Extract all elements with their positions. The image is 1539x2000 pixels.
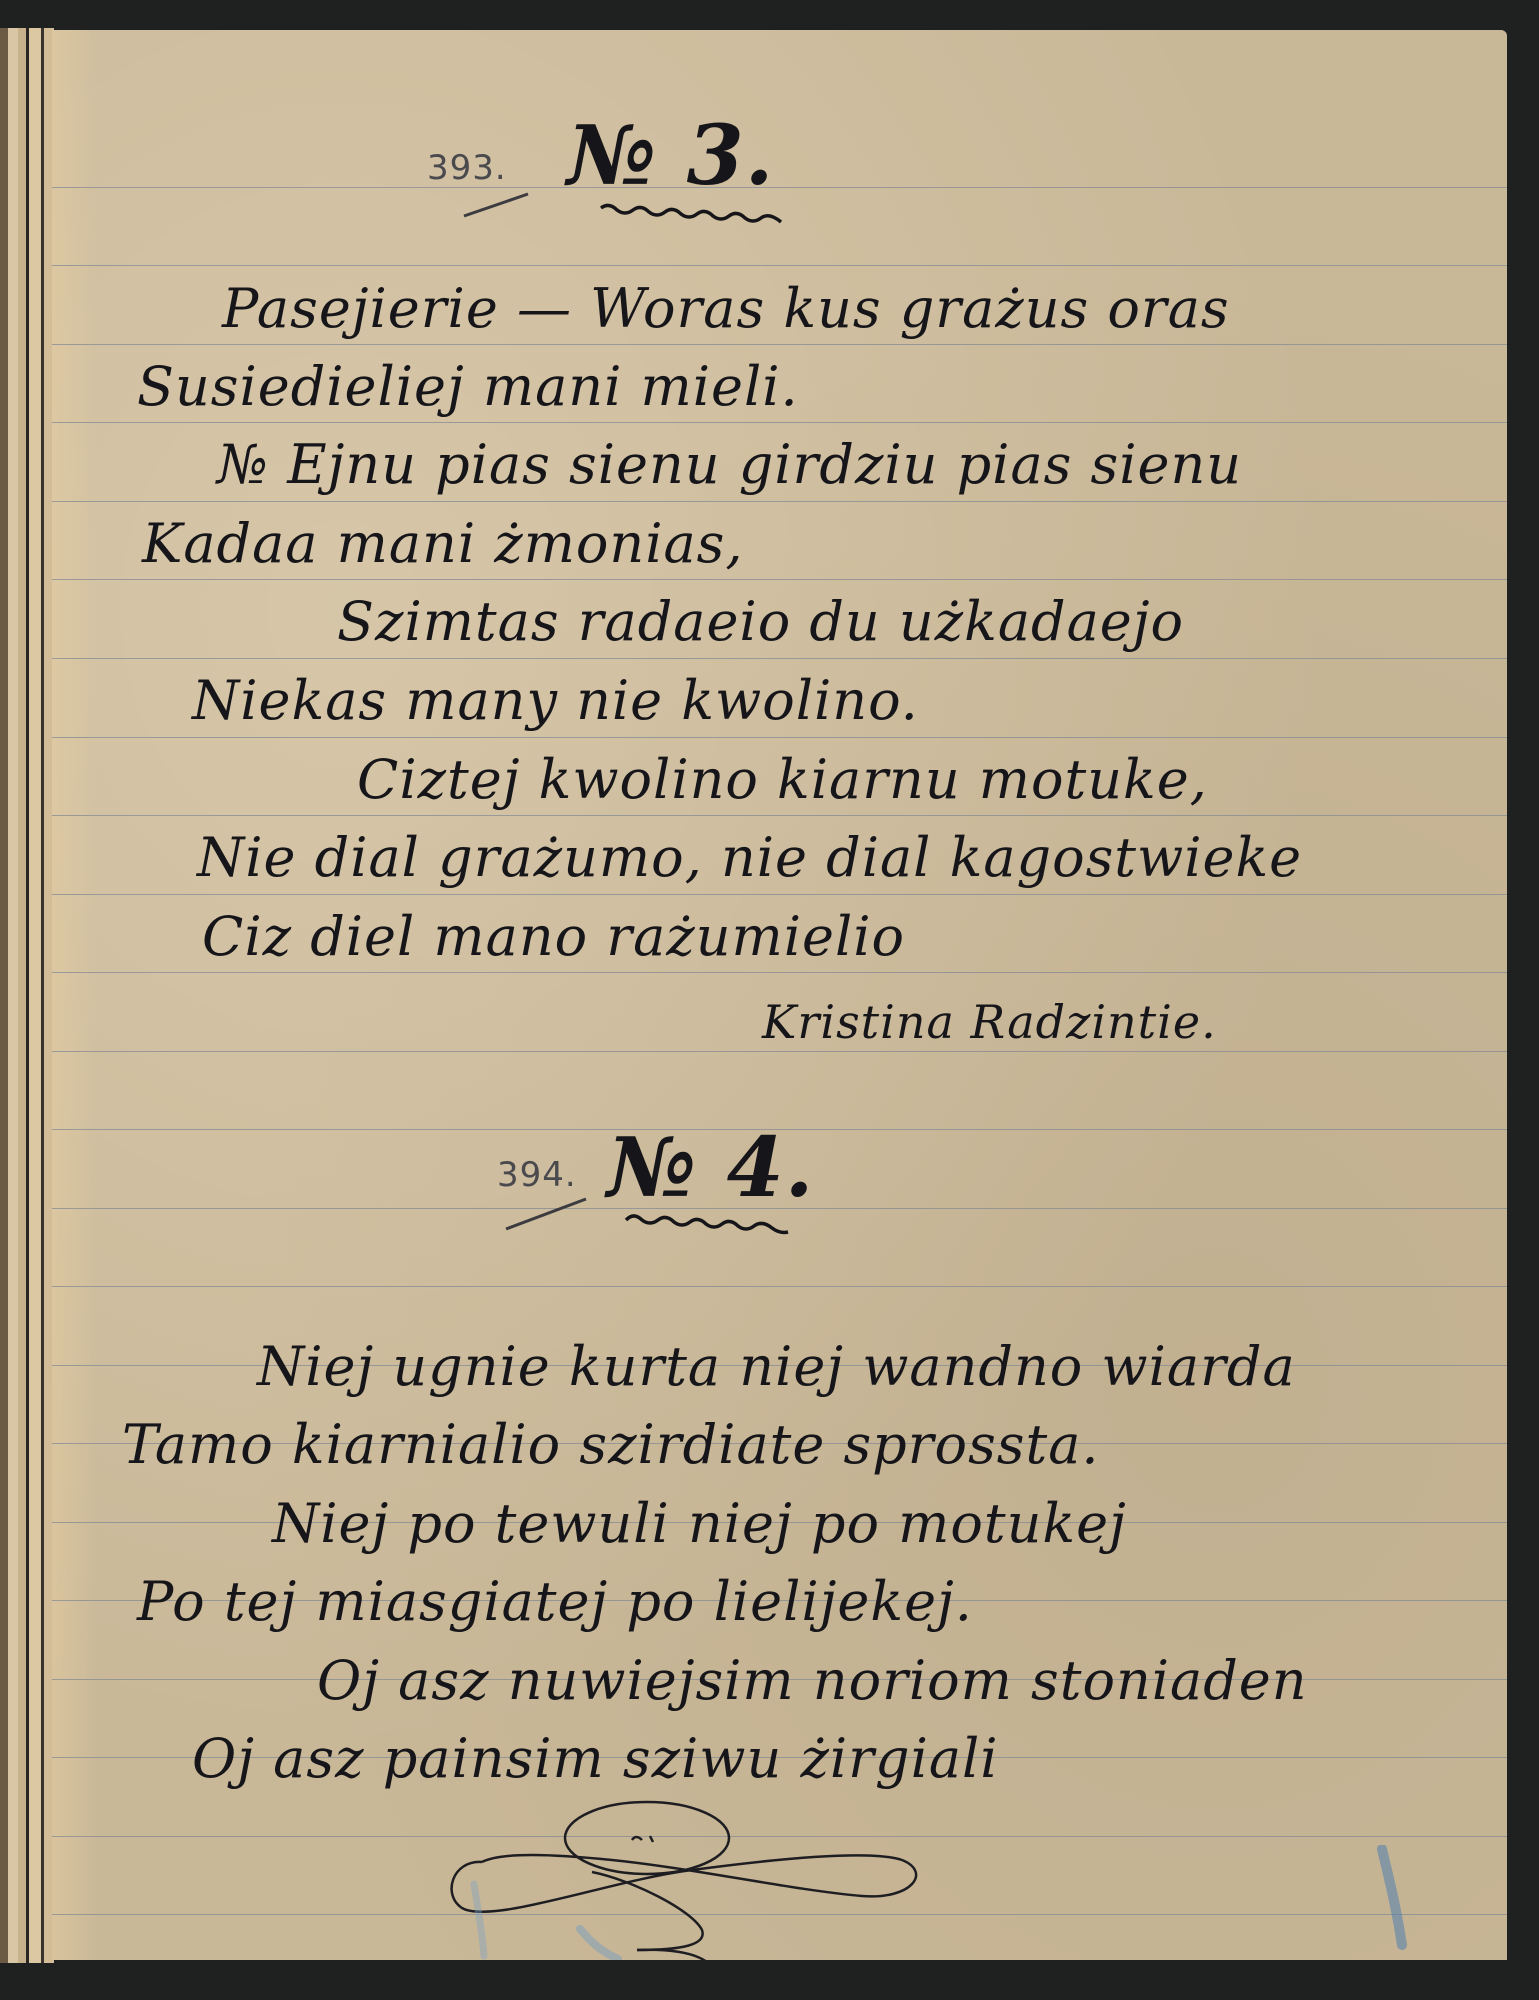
page-edge (29, 28, 41, 1963)
decorative-flourish (432, 1800, 992, 1960)
page-fold-shading (52, 30, 97, 1960)
catalog-number-393: 393. (427, 148, 507, 188)
ruled-line (52, 344, 1507, 345)
ruled-line (52, 422, 1507, 423)
catalog-number-394: 394. (497, 1155, 577, 1195)
song-3-line-6: Niekas many nie kwolino. (192, 674, 919, 728)
song-4-line-4: Po tej miasgiatej po lielijekej. (137, 1575, 973, 1629)
song-3-line-1: Pasejierie — Woras kus grażus oras (222, 282, 1230, 336)
blue-crayon-mark (570, 1925, 630, 1960)
song-4-line-3: Niej po tewuli niej po motukej (272, 1497, 1127, 1551)
song-3-line-4: Kadaa mani żmonias, (142, 517, 744, 571)
song-3-line-7: Ciztej kwolino kiarnu motuke, (357, 753, 1208, 807)
heading-squiggle-underline (597, 200, 787, 230)
blue-crayon-mark (1372, 1845, 1422, 1955)
ruled-line (52, 658, 1507, 659)
page-stack-edges (0, 28, 60, 1963)
song-4-line-5: Oj asz nuwiejsim noriom stoniaden (317, 1654, 1308, 1708)
song-3-line-9: Ciz diel mano rażumielio (202, 910, 905, 964)
heading-squiggle-underline (622, 1210, 792, 1240)
song-4-line-6: Oj asz painsim sziwu żirgiali (192, 1732, 999, 1786)
ruled-line (52, 737, 1507, 738)
song-3-signature: Kristina Radzintie. (762, 995, 1217, 1049)
pencil-underline-stroke (502, 1195, 592, 1235)
pencil-underline-stroke (462, 190, 532, 220)
ruled-line (52, 501, 1507, 502)
ruled-line (52, 1051, 1507, 1052)
blue-crayon-mark (462, 1880, 502, 1960)
song-4-line-1: Niej ugnie kurta niej wandno wiarda (257, 1340, 1296, 1394)
page-edge (0, 28, 8, 1963)
notebook-page: 393. № 3. Pasejierie — Woras kus grażus … (52, 30, 1507, 1960)
song-4-heading: № 4. (607, 1120, 814, 1216)
ruled-line (52, 815, 1507, 816)
page-edge (8, 28, 18, 1963)
song-3-line-5: Szimtas radaeio du użkadaejo (337, 595, 1184, 649)
song-4-line-2: Tamo kiarnialio szirdiate sprossta. (122, 1418, 1100, 1472)
page-edge (18, 28, 26, 1963)
ruled-line (52, 265, 1507, 266)
song-3-line-3: № Ejnu pias sienu girdziu pias sienu (217, 438, 1242, 492)
song-3-line-8: Nie dial grażumo, nie dial kagostwieke (197, 831, 1302, 885)
ruled-line (52, 579, 1507, 580)
ruled-line (52, 1286, 1507, 1287)
ruled-line (52, 894, 1507, 895)
ruled-line (52, 187, 1507, 188)
song-3-line-2: Susiedieliej mani mieli. (137, 360, 799, 414)
ruled-line (52, 972, 1507, 973)
song-3-heading: № 3. (567, 108, 774, 204)
